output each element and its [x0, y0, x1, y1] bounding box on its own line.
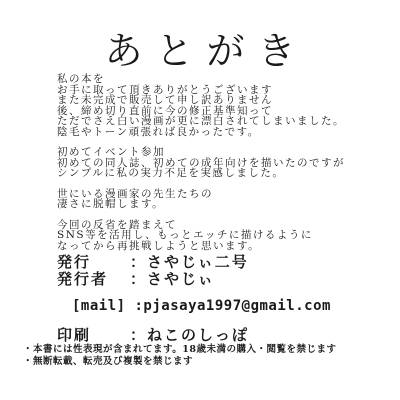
paragraph-thanks: 私の本を お手に取って頂きありがとうございます また未完成で販売して申し訳ありま… — [57, 74, 387, 137]
disclaimer-line-adult: ・本書には性表現が含まれてます。18歳未満の購入・閲覧を禁じます — [23, 344, 393, 356]
paragraph-respect: 世にいる漫画家の先生たちの 凄さに脱帽します。 — [57, 189, 387, 210]
publisher-row: 発行：さやじぃ二号 — [57, 254, 377, 271]
page-title: あとがき — [0, 20, 400, 75]
body-line: ただでさえ白い漫画が更に漂白されてしまいました。 — [57, 116, 387, 127]
issuer-row: 発行者：さやじぃ — [57, 271, 377, 288]
body-text: 私の本を お手に取って頂きありがとうございます また未完成で販売して申し訳ありま… — [57, 74, 387, 261]
body-line: なってから再挑戦しようと思います。 — [57, 241, 387, 252]
printer-row: 印刷：ねこのしっぽ — [57, 324, 249, 345]
body-line: SNS等を活用し、もっとエッチに描けるように — [57, 230, 387, 241]
body-line: 凄さに脱帽します。 — [57, 199, 387, 210]
disclaimer-block: ・本書には性表現が含まれてます。18歳未満の購入・閲覧を禁じます ・無断転載、転… — [23, 344, 393, 367]
mail-address: [mail] :pjasaya1997@gmail.com — [72, 298, 331, 314]
publisher-value: ：さやじぃ二号 — [130, 253, 249, 271]
printer-value: ：ねこのしっぽ — [130, 326, 249, 344]
body-line: 私の本を — [57, 74, 387, 85]
body-line: また未完成で販売して申し訳ありません — [57, 95, 387, 106]
publisher-label: 発行 — [57, 254, 130, 271]
paragraph-retry: 今回の反省を踏まえて SNS等を活用し、もっとエッチに描けるように なってから再… — [57, 220, 387, 252]
printer-label: 印刷 — [57, 324, 130, 345]
issuer-value: ：さやじぃ — [130, 270, 215, 288]
body-line: 陰毛やトーン頑張れば良かったです。 — [57, 127, 387, 138]
body-line: シンプルに私の実力不足を実感しました。 — [57, 168, 387, 179]
afterword-page: あとがき 私の本を お手に取って頂きありがとうございます また未完成で販売して申… — [0, 0, 400, 400]
disclaimer-line-copy: ・無断転載、転売及び複製を禁じます — [23, 356, 393, 368]
colophon: 発行：さやじぃ二号 発行者：さやじぃ — [57, 254, 377, 288]
issuer-label: 発行者 — [57, 271, 130, 288]
body-line: 初めてイベント参加 — [57, 147, 387, 158]
paragraph-first-event: 初めてイベント参加 初めての同人誌、初めての成年向けを描いたのですが シンプルに… — [57, 147, 387, 179]
